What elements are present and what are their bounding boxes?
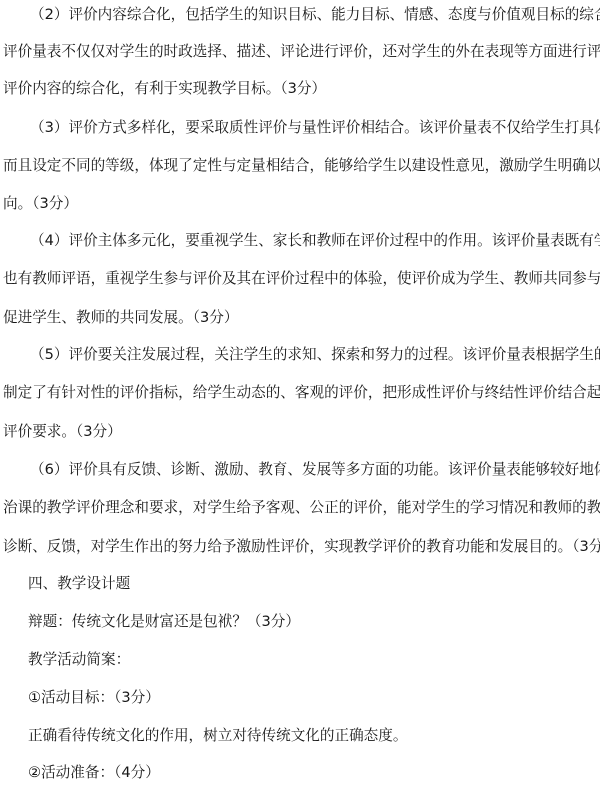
debate-topic: 辩题：传统文化是财富还是包袱？（3分） (28, 612, 300, 632)
section-heading: 四、教学设计题 (28, 574, 130, 594)
paragraph-5-line-2: 制定了有针对性的评价指标，给学生动态的、客观的评价，把形成性评价与终结性评价结合… (3, 383, 600, 403)
activity-goal-label: ①活动目标：（3分） (28, 688, 160, 708)
paragraph-4-line-2: 也有教师评语，重视学生参与评价及其在评价过程中的体验，使评价成为学生、教师共同参… (3, 269, 600, 289)
activity-goal-text: 正确看待传统文化的作用，树立对待传统文化的正确态度。 (28, 726, 407, 746)
activity-plan-title: 教学活动简案： (28, 650, 130, 670)
paragraph-4-line-1: （4）评价主体多元化，要重视学生、家长和教师在评价过程中的作用。该评价量表既有学… (30, 231, 600, 251)
paragraph-5-line-1: （5）评价要关注发展过程，关注学生的求知、探索和努力的过程。该评价量表根据学生的… (30, 345, 600, 365)
paragraph-3-line-3: 向。（3分） (3, 194, 78, 214)
activity-prep-label: ②活动准备：（4分） (28, 763, 160, 783)
paragraph-6-line-3: 诊断、反馈，对学生作出的努力给予激励性评价，实现教学评价的教育功能和发展目的。（… (3, 537, 600, 557)
paragraph-6-line-2: 治课的教学评价理念和要求，对学生给予客观、公正的评价，能对学生的学习情况和教师的… (3, 498, 600, 518)
paragraph-4-line-3: 促进学生、教师的共同发展。（3分） (3, 308, 239, 328)
paragraph-5-line-3: 评价要求。（3分） (3, 422, 122, 442)
document-page: （2）评价内容综合化，包括学生的知识目标、能力目标、情感、态度与价值观目标的综合… (0, 0, 600, 792)
paragraph-2-line-1: （2）评价内容综合化，包括学生的知识目标、能力目标、情感、态度与价值观目标的综合… (30, 5, 600, 25)
paragraph-3-line-2: 而且设定不同的等级，体现了定性与定量相结合，能够给学生以建设性意见，激励学生明确… (3, 156, 600, 176)
paragraph-3-line-1: （3）评价方式多样化，要采取质性评价与量性评价相结合。该评价量表不仅给学生打具体… (30, 118, 600, 138)
paragraph-2-line-2: 评价量表不仅仅对学生的时政选择、描述、评论进行评价，还对学生的外在表现等方面进行… (3, 42, 600, 62)
paragraph-6-line-1: （6）评价具有反馈、诊断、激励、教育、发展等多方面的功能。该评价量表能够较好地体… (30, 460, 600, 480)
paragraph-2-line-3: 评价内容的综合化，有利于实现教学目标。（3分） (3, 79, 326, 99)
